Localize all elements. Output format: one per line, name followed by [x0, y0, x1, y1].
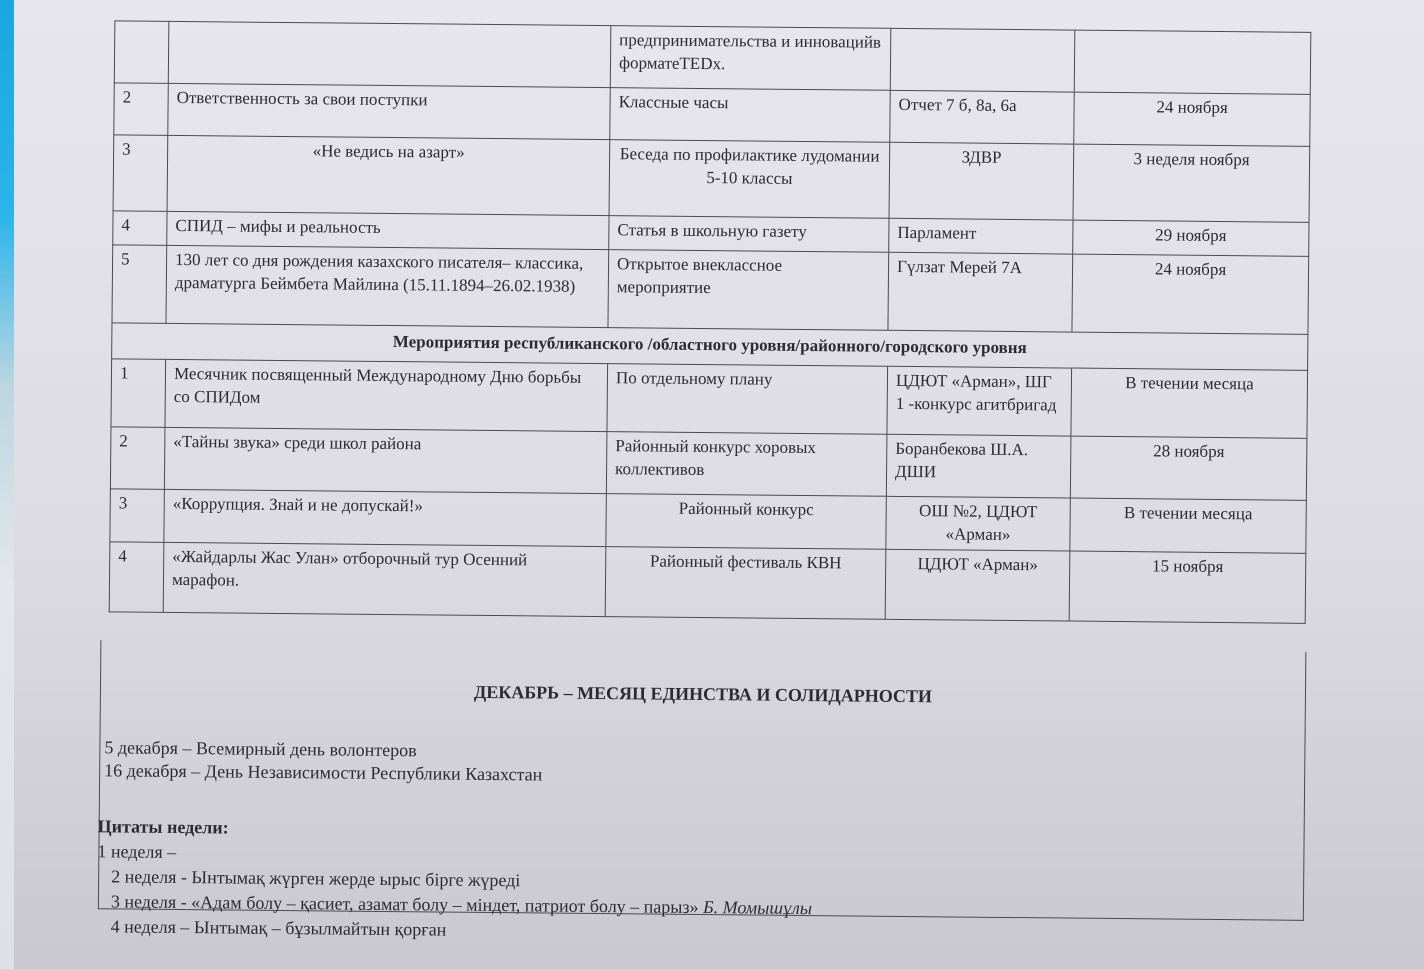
quote-author: Б. Момышұлы — [703, 897, 812, 918]
cell-num: 5 — [112, 245, 167, 324]
cell-num: 4 — [109, 542, 164, 613]
cell-form: предпринимательства и инновацийв формате… — [610, 26, 891, 91]
cell-num: 3 — [113, 135, 168, 212]
december-section: ДЕКАБРЬ – МЕСЯЦ ЕДИНСТВА И СОЛИДАРНОСТИ … — [98, 640, 1307, 921]
cell-title: СПИД – мифы и реальность — [167, 211, 609, 249]
cell-date: 24 ноября — [1074, 92, 1310, 146]
table-row: 2«Тайны звука» среди школ районаРайонный… — [110, 427, 1307, 500]
cell-responsible: Гүлзат Мерей 7А — [888, 252, 1073, 332]
cell-form: Открытое внеклассное мероприятие — [608, 250, 889, 331]
quote-text: 2 неделя - Ынтымақ жүрген жерде ырыс бір… — [111, 866, 520, 890]
cell-title: 130 лет со дня рождения казахского писат… — [166, 245, 609, 327]
cell-title: Ответственность за свои поступки — [168, 83, 610, 139]
cell-form: Беседа по профилактике лудомании 5-10 кл… — [609, 140, 890, 219]
cell-num — [114, 21, 169, 84]
cell-form: Статья в школьную газету — [609, 216, 889, 253]
cell-title: Месячник посвященный Международному Дню … — [165, 359, 608, 431]
table-row: 5130 лет со дня рождения казахского писа… — [112, 245, 1309, 334]
cell-title: «Не ведись на азарт» — [167, 135, 610, 215]
cell-num: 2 — [114, 83, 168, 136]
cell-responsible: ЦДЮТ «Арман» — [885, 549, 1070, 621]
table-row: 3«Не ведись на азарт»Беседа по профилакт… — [113, 135, 1310, 222]
december-title: ДЕКАБРЬ – МЕСЯЦ ЕДИНСТВА И СОЛИДАРНОСТИ — [101, 678, 1305, 711]
cell-responsible: Боранбекова Ш.А. ДШИ — [886, 434, 1071, 498]
cell-num: 4 — [113, 211, 167, 246]
cell-date: В течении месяца — [1071, 368, 1308, 438]
cell-date: 28 ноября — [1070, 436, 1307, 500]
cell-form: Районный фестиваль КВН — [605, 547, 886, 620]
cell-num: 3 — [110, 489, 165, 543]
cell-title: «Тайны звука» среди школ района — [164, 427, 607, 493]
quote-text: 4 неделя – Ынтымақ – бұзылмайтын қорған — [111, 916, 447, 939]
cell-responsible: Отчет 7 б, 8а, 6а — [890, 90, 1074, 144]
cell-num: 2 — [110, 427, 165, 490]
events-table: предпринимательства и инновацийв формате… — [109, 20, 1312, 623]
cell-responsible: ЦДЮТ «Арман», ШГ 1 -конкурс агитбригад — [887, 366, 1072, 436]
quotes-of-week: Цитаты недели: 1 неделя – 2 неделя - Ынт… — [97, 814, 813, 946]
table-row: 4«Жайдарлы Жас Улан» отборочный тур Осен… — [109, 542, 1306, 623]
cell-title — [168, 21, 611, 87]
cell-responsible: ОШ №2, ЦДЮТ «Арман» — [886, 496, 1071, 551]
cell-date — [1074, 30, 1311, 94]
cell-date: 24 ноября — [1072, 254, 1309, 334]
cell-form: Классные часы — [610, 88, 890, 143]
quote-text: 3 неделя - «Адам болу – қасиет, азамат б… — [111, 891, 699, 917]
cell-title: «Жайдарлы Жас Улан» отборочный тур Осенн… — [163, 542, 606, 616]
cell-form: Районный конкурс — [606, 494, 886, 550]
quote-text: 1 неделя – — [97, 841, 176, 862]
cell-responsible: Парламент — [889, 218, 1073, 254]
cell-responsible: ЗДВР — [889, 142, 1074, 220]
date-item: 16 декабря – День Независимости Республи… — [104, 759, 542, 786]
document-page: предпринимательства и инновацийв формате… — [0, 0, 1424, 969]
december-dates: 5 декабря – Всемирный день волонтеров 16… — [104, 736, 543, 786]
cell-title: «Коррупция. Знай и не допускай!» — [164, 489, 606, 546]
table-row: 1Месячник посвященный Международному Дню… — [111, 359, 1308, 438]
cell-date: В течении месяца — [1070, 498, 1306, 553]
table-row: предпринимательства и инновацийв формате… — [114, 21, 1311, 94]
cell-date: 3 неделя ноября — [1073, 144, 1310, 222]
cell-num: 1 — [111, 359, 166, 428]
cell-date: 15 ноября — [1069, 551, 1306, 623]
cell-date: 29 ноября — [1073, 220, 1309, 256]
cell-responsible — [890, 28, 1075, 92]
cell-form: По отдельному плану — [607, 364, 888, 435]
cell-form: Районный конкурс хоровых коллективов — [606, 432, 887, 497]
